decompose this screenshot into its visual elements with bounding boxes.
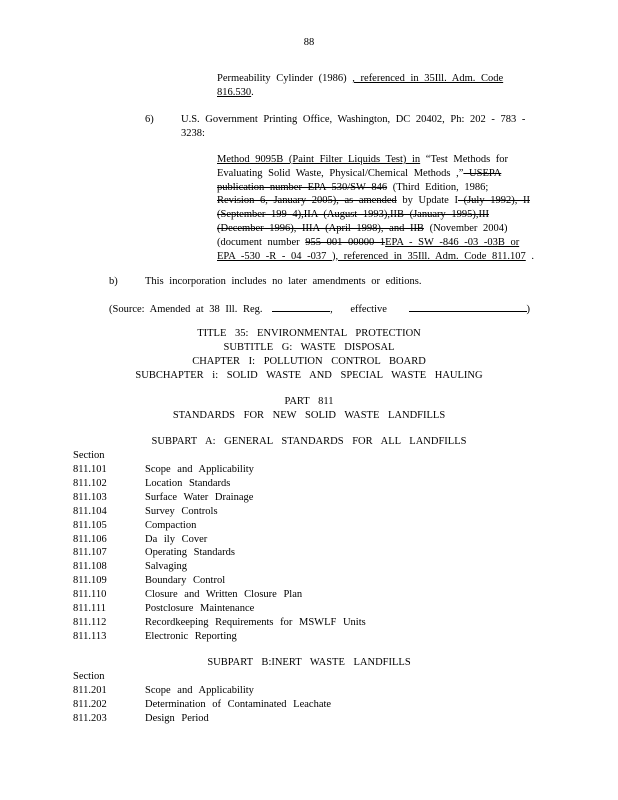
section-title: Determination of Contaminated Leachate [145,698,331,712]
section-title: Compaction [145,519,196,533]
section-number: 811.108 [73,560,107,574]
item-b-label: b) [109,275,118,289]
section-number: 811.107 [73,546,107,560]
plain-text: by Update I [397,195,458,206]
section-title: Electronic Reporting [145,630,237,644]
comma: , [330,304,333,315]
plain-text: (November 2004) [424,223,508,234]
item-6-label: 6) [145,113,154,127]
section-number: 811.105 [73,519,107,533]
source-prefix: (Source: Amended at 38 Ill. Reg. [109,304,263,315]
subchapter-heading: SUBCHAPTER i: SOLID WASTE AND SPECIAL WA… [0,369,618,383]
effective-label: effective [350,304,387,315]
section-title: Location Standards [145,477,230,491]
continuation-line-1: Permeability Cylinder (1986) , reference… [217,72,533,86]
part-title: STANDARDS FOR NEW SOLID WASTE LANDFILLS [0,409,618,423]
part-heading: PART 811 [0,395,618,409]
source-note: (Source: Amended at 38 Ill. Reg. , effec… [109,301,530,317]
method-paragraph: Method 9095B (Paint Filter Liquids Test)… [217,153,533,263]
underlined-insert: EPA -530 -R - 04 -037 ), referenced in 3… [217,251,526,262]
method-line-8: EPA -530 -R - 04 -037 ), referenced in 3… [217,250,533,264]
continuation-line-2: 816.530. [217,86,533,100]
section-number: 811.112 [73,616,106,630]
method-line-6: (December 1996), IIIA (April 1998), and … [217,222,533,236]
underlined-insert: EPA - SW -846 -03 -03B or [385,237,519,248]
subpart-b-section-label: Section [73,670,105,684]
page-number: 88 [0,36,618,50]
struck-text: Revision 6, January 2005), as amended [217,195,397,206]
section-number: 811.106 [73,533,107,547]
item-6-line-2: 3238: [181,127,205,141]
period: . [251,87,254,98]
section-title: Scope and Applicability [145,463,254,477]
title-heading: TITLE 35: ENVIRONMENTAL PROTECTION [0,327,618,341]
plain-text: Evaluating Solid Waste, Physical/Chemica… [217,168,463,179]
section-number: 811.113 [73,630,106,644]
method-line-7: (document number 955 001 00000 1EPA - SW… [217,236,533,250]
section-number: 811.102 [73,477,107,491]
struck-text: 955 001 00000 1 [305,237,385,248]
register-page-blank [272,301,330,312]
section-title: Postclosure Maintenance [145,602,254,616]
method-line-3: publication number EPA 530/SW 846 (Third… [217,181,533,195]
section-number: 811.110 [73,588,106,602]
section-number: 811.201 [73,684,107,698]
section-number: 811.203 [73,712,107,726]
struck-text: (September 199 4),IIA (August 1993),IIB … [217,209,489,220]
close-paren: ) [527,304,531,315]
struck-text: (December 1996), IIIA (April 1998), and … [217,223,424,234]
section-title: Boundary Control [145,574,225,588]
section-title: Surface Water Drainage [145,491,253,505]
method-line-2: Evaluating Solid Waste, Physical/Chemica… [217,167,533,181]
method-line-5: (September 199 4),IIA (August 1993),IIB … [217,208,533,222]
section-number: 811.103 [73,491,107,505]
plain-text: (document number [217,237,305,248]
section-title: Operating Standards [145,546,235,560]
continuation-text: Permeability Cylinder (1986) [217,73,347,84]
section-title: Survey Controls [145,505,218,519]
section-title: Salvaging [145,560,187,574]
section-number: 811.104 [73,505,107,519]
struck-text: publication number EPA 530/SW 846 [217,182,387,193]
code-reference: 816.530 [217,87,251,98]
struck-text: (July 1992), II [458,195,530,206]
item-6-line-1: U.S. Government Printing Office, Washing… [181,113,525,127]
effective-date-blank [409,301,527,312]
struck-text: USEPA [463,168,501,179]
section-title: Da ily Cover [145,533,207,547]
period: . [526,251,534,262]
subpart-a-heading: SUBPART A: GENERAL STANDARDS FOR ALL LAN… [0,435,618,449]
plain-text: “Test Methods for [420,154,508,165]
section-number: 811.109 [73,574,107,588]
continuation-underlined-text: , referenced in 35Ill. Adm. Code [352,73,503,84]
section-number: 811.111 [73,602,106,616]
section-title: Closure and Written Closure Plan [145,588,302,602]
subpart-b-heading: SUBPART B:INERT WASTE LANDFILLS [0,656,618,670]
underlined-insert: Method 9095B (Paint Filter Liquids Test)… [217,154,420,165]
item-b-text: This incorporation includes no later ame… [145,275,421,289]
plain-text: (Third Edition, 1986; [387,182,488,193]
chapter-heading: CHAPTER I: POLLUTION CONTROL BOARD [0,355,618,369]
subpart-a-section-label: Section [73,449,105,463]
section-number: 811.202 [73,698,107,712]
section-number: 811.101 [73,463,107,477]
section-title: Design Period [145,712,209,726]
section-title: Scope and Applicability [145,684,254,698]
subtitle-heading: SUBTITLE G: WASTE DISPOSAL [0,341,618,355]
section-title: Recordkeeping Requirements for MSWLF Uni… [145,616,366,630]
continuation-paragraph: Permeability Cylinder (1986) , reference… [217,72,533,100]
method-line-1: Method 9095B (Paint Filter Liquids Test)… [217,153,533,167]
method-line-4: Revision 6, January 2005), as amended by… [217,194,533,208]
